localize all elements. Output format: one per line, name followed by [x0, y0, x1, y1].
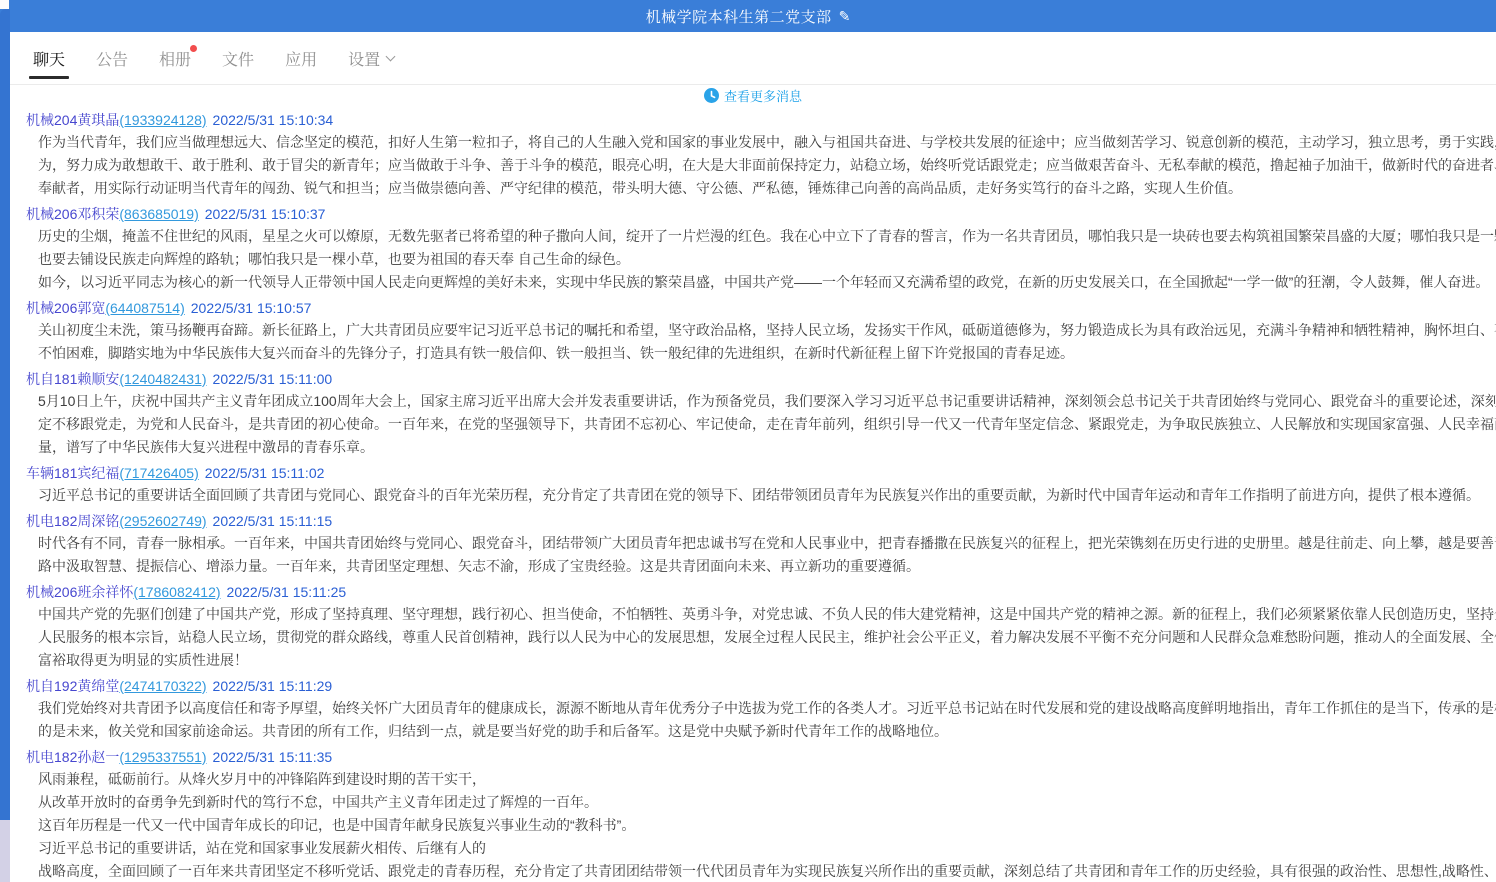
chevron-down-icon [386, 52, 396, 62]
sender-qq-link[interactable]: (1933924128) [119, 112, 206, 128]
sender-name[interactable]: 车辆181宾纪福 [26, 465, 119, 481]
tab-chat[interactable]: 聊天 [31, 32, 67, 84]
message: 机械206邓积荣(863685019)2022/5/31 15:10:37 历史… [10, 206, 1496, 294]
message-text: 时代各有不同，青春一脉相承。一百年来，中国共青团始终与党同心、跟党奋斗，团结带领… [38, 532, 1496, 578]
message: 机自181赖顺安(1240482431)2022/5/31 15:11:00 5… [10, 371, 1496, 459]
message-header: 机械206郭宽(644087514)2022/5/31 15:10:57 [26, 300, 1496, 317]
message: 机电182周深铭(2952602749)2022/5/31 15:11:15 时… [10, 513, 1496, 578]
message-header: 机械206班余祥怀(1786082412)2022/5/31 15:11:25 [26, 584, 1496, 601]
message: 车辆181宾纪福(717426405)2022/5/31 15:11:02 习近… [10, 465, 1496, 507]
message: 机电182孙赵一(1295337551)2022/5/31 15:11:35 风… [10, 749, 1496, 882]
message-time: 2022/5/31 15:10:34 [213, 112, 334, 128]
message-list: 机械204黄琪晶(1933924128)2022/5/31 15:10:34 作… [10, 112, 1496, 882]
view-more-label: 查看更多消息 [724, 86, 802, 105]
tab-album[interactable]: 相册 [157, 32, 193, 84]
tab-announcements[interactable]: 公告 [94, 32, 130, 84]
message-text: 从改革开放时的奋勇争先到新时代的笃行不怠，中国共产主义青年团走过了辉煌的一百年。 [38, 791, 1496, 814]
corner-notch [0, 0, 9, 9]
message-header: 机械204黄琪晶(1933924128)2022/5/31 15:10:34 [26, 112, 1496, 129]
sender-name[interactable]: 机自181赖顺安 [26, 371, 119, 387]
message-text: 关山初度尘未洗，策马扬鞭再奋蹄。新长征路上，广大共青团员应要牢记习近平总书记的嘱… [38, 319, 1496, 365]
sender-qq-link[interactable]: (2474170322) [119, 678, 206, 694]
message-text: 中国共产党的先驱们创建了中国共产党，形成了坚持真理、坚守理想，践行初心、担当使命… [38, 603, 1496, 672]
sender-name[interactable]: 机电182孙赵一 [26, 749, 119, 765]
tab-announcements-label: 公告 [96, 47, 128, 70]
message-header: 机自181赖顺安(1240482431)2022/5/31 15:11:00 [26, 371, 1496, 388]
window-titlebar: 机械学院本科生第二党支部 ✎ [0, 0, 1496, 32]
left-edge-strip-bottom [0, 820, 10, 882]
sender-qq-link[interactable]: (1295337551) [119, 749, 206, 765]
sender-name[interactable]: 机械206班余祥怀 [26, 584, 133, 600]
message: 机械206班余祥怀(1786082412)2022/5/31 15:11:25 … [10, 584, 1496, 672]
message-text: 习近平总书记的重要讲话全面回顾了共青团与党同心、跟党奋斗的百年光荣历程，充分肯定… [38, 484, 1496, 507]
message: 机械204黄琪晶(1933924128)2022/5/31 15:10:34 作… [10, 112, 1496, 200]
tab-settings-label: 设置 [348, 47, 380, 70]
sender-qq-link[interactable]: (863685019) [119, 206, 198, 222]
sender-name[interactable]: 机自192黄绵堂 [26, 678, 119, 694]
message-text: 习近平总书记的重要讲话，站在党和国家事业发展薪火相传、后继有人的 [38, 837, 1496, 860]
message-header: 机电182周深铭(2952602749)2022/5/31 15:11:15 [26, 513, 1496, 530]
message-text: 战略高度，全面回顾了一百年来共青团坚定不移听党话、跟党走的青春历程，充分肯定了共… [38, 860, 1496, 882]
sender-qq-link[interactable]: (1786082412) [133, 584, 220, 600]
message-time: 2022/5/31 15:10:37 [205, 206, 326, 222]
tab-bar: 聊天 公告 相册 文件 应用 设置 [10, 32, 1496, 85]
sender-name[interactable]: 机电182周深铭 [26, 513, 119, 529]
tab-files-label: 文件 [222, 47, 254, 70]
message-text: 如今，以习近平同志为核心的新一代领导人正带领中国人民走向更辉煌的美好未来，实现中… [38, 271, 1496, 294]
message-text: 历史的尘烟，掩盖不住世纪的风雨，星星之火可以燎原，无数先驱者已将希望的种子撒向人… [38, 225, 1496, 271]
message-time: 2022/5/31 15:11:00 [213, 371, 333, 387]
message-time: 2022/5/31 15:10:57 [191, 300, 312, 316]
tab-files[interactable]: 文件 [220, 32, 256, 84]
view-more-link[interactable]: 查看更多消息 [704, 86, 802, 105]
left-edge-strip [0, 9, 10, 820]
message-time: 2022/5/31 15:11:02 [205, 465, 325, 481]
sender-qq-link[interactable]: (717426405) [119, 465, 198, 481]
tab-album-label: 相册 [159, 47, 191, 70]
sender-qq-link[interactable]: (644087514) [105, 300, 184, 316]
sender-name[interactable]: 机械204黄琪晶 [26, 112, 119, 128]
message: 机自192黄绵堂(2474170322)2022/5/31 15:11:29 我… [10, 678, 1496, 743]
message-text: 作为当代青年，我们应当做理想远大、信念坚定的模范，扣好人生第一粒扣子，将自己的人… [38, 131, 1496, 200]
red-dot-badge [190, 45, 197, 52]
message-time: 2022/5/31 15:11:15 [213, 513, 333, 529]
message-text: 5月10日上午，庆祝中国共产主义青年团成立100周年大会上，国家主席习近平出席大… [38, 390, 1496, 459]
tab-settings[interactable]: 设置 [346, 32, 396, 84]
sender-name[interactable]: 机械206郭宽 [26, 300, 105, 316]
sender-qq-link[interactable]: (2952602749) [119, 513, 206, 529]
message-time: 2022/5/31 15:11:25 [227, 584, 347, 600]
message-header: 机械206邓积荣(863685019)2022/5/31 15:10:37 [26, 206, 1496, 223]
message: 机械206郭宽(644087514)2022/5/31 15:10:57 关山初… [10, 300, 1496, 365]
message-text: 我们党始终对共青团予以高度信任和寄予厚望，始终关怀广大团员青年的健康成长，源源不… [38, 697, 1496, 743]
message-header: 机自192黄绵堂(2474170322)2022/5/31 15:11:29 [26, 678, 1496, 695]
message-header: 车辆181宾纪福(717426405)2022/5/31 15:11:02 [26, 465, 1496, 482]
tab-apps[interactable]: 应用 [283, 32, 319, 84]
history-clock-icon [704, 88, 719, 103]
group-title: 机械学院本科生第二党支部 [646, 6, 832, 27]
edit-pencil-icon[interactable]: ✎ [839, 8, 851, 25]
message-text: 风雨兼程，砥砺前行。从烽火岁月中的冲锋陷阵到建设时期的苦干实干， [38, 768, 1496, 791]
chat-window: 聊天 公告 相册 文件 应用 设置 查看更多消息 机械204黄琪晶(193392… [10, 32, 1496, 882]
message-header: 机电182孙赵一(1295337551)2022/5/31 15:11:35 [26, 749, 1496, 766]
sender-qq-link[interactable]: (1240482431) [119, 371, 206, 387]
tab-chat-label: 聊天 [33, 47, 65, 70]
message-time: 2022/5/31 15:11:35 [213, 749, 333, 765]
message-time: 2022/5/31 15:11:29 [213, 678, 333, 694]
message-text: 这百年历程是一代又一代中国青年成长的印记，也是中国青年献身民族复兴事业生动的“教… [38, 814, 1496, 837]
sender-name[interactable]: 机械206邓积荣 [26, 206, 119, 222]
tab-apps-label: 应用 [285, 47, 317, 70]
view-more-row: 查看更多消息 [10, 85, 1496, 106]
